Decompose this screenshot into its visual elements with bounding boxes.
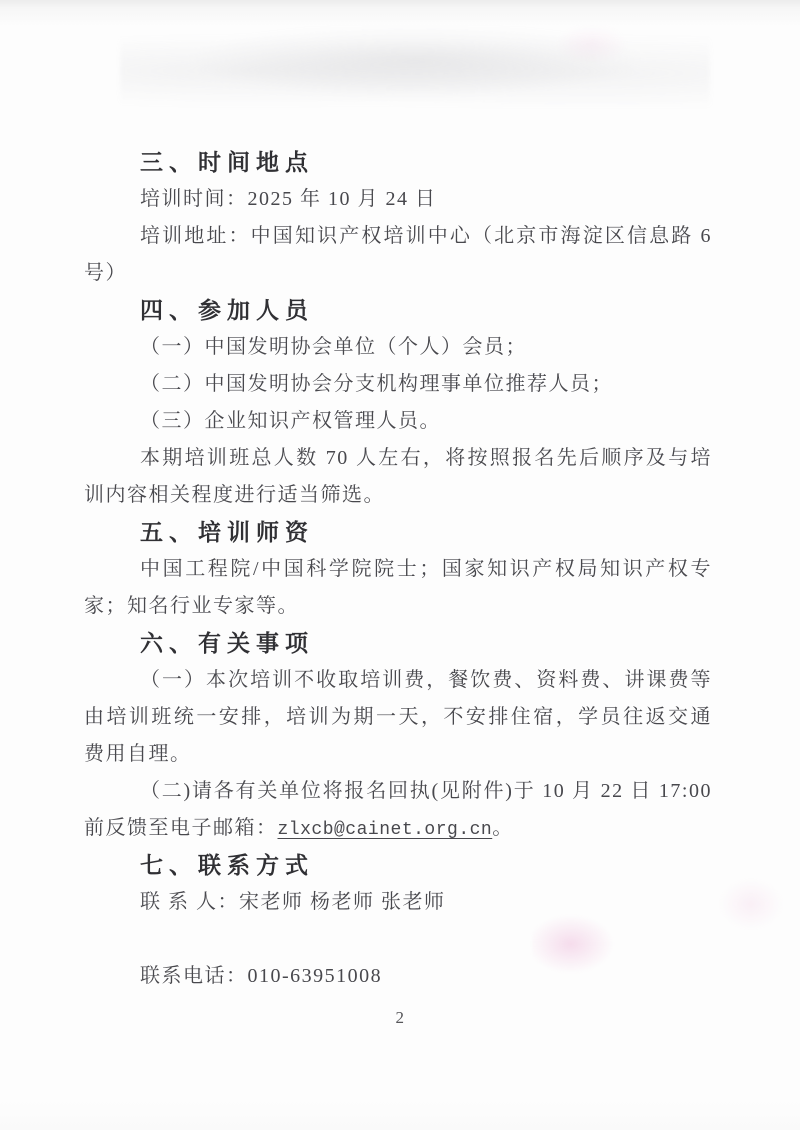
email-prefix: 前反馈至电子邮箱： (84, 817, 278, 839)
notes-item-1-line-3: 费用自理。 (84, 736, 712, 773)
faculty-line-2: 家；知名行业专家等。 (84, 588, 712, 625)
participant-item-2: （二）中国发明协会分支机构理事单位推荐人员； (84, 366, 712, 403)
participant-item-3: （三）企业知识产权管理人员。 (84, 403, 712, 440)
section-heading-time-location: 三、时间地点 (84, 144, 712, 181)
contact-person-line: 联 系 人：宋老师 杨老师 张老师 (84, 884, 712, 921)
scan-smudge-right (716, 876, 786, 932)
blank-spacer-line (84, 921, 712, 958)
section-heading-contact: 七、联系方式 (84, 847, 712, 884)
capacity-line-2: 训内容相关程度进行适当筛选。 (84, 477, 712, 514)
scanned-document-page: 三、时间地点 培训时间：2025 年 10 月 24 日 培训地址：中国知识产权… (0, 0, 800, 1130)
scan-smudge-top (552, 22, 632, 66)
document-body: 三、时间地点 培训时间：2025 年 10 月 24 日 培训地址：中国知识产权… (84, 144, 712, 995)
training-address-line: 培训地址：中国知识产权培训中心（北京市海淀区信息路 6 (84, 218, 712, 255)
page-number: 2 (0, 1008, 800, 1028)
notes-item-1-line-1: （一）本次培训不收取培训费，餐饮费、资料费、讲课费等 (84, 662, 712, 699)
email-address: zlxcb@cainet.org.cn (278, 820, 493, 840)
section-heading-notes: 六、有关事项 (84, 625, 712, 662)
contact-phone-line: 联系电话：010-63951008 (84, 958, 712, 995)
capacity-line-1: 本期培训班总人数 70 人左右，将按照报名先后顺序及与培 (84, 440, 712, 477)
training-address-wrap-line: 号） (84, 255, 712, 292)
section-heading-participants: 四、参加人员 (84, 292, 712, 329)
email-line: 前反馈至电子邮箱：zlxcb@cainet.org.cn。 (84, 810, 712, 847)
notes-item-1-line-2: 由培训班统一安排，培训为期一天，不安排住宿，学员往返交通 (84, 699, 712, 736)
section-heading-faculty: 五、培训师资 (84, 514, 712, 551)
scan-bleedthrough-artifact (120, 28, 710, 106)
faculty-line-1: 中国工程院/中国科学院院士；国家知识产权局知识产权专 (84, 551, 712, 588)
training-time-line: 培训时间：2025 年 10 月 24 日 (84, 181, 712, 218)
notes-item-2-line: （二)请各有关单位将报名回执(见附件)于 10 月 22 日 17:00 (84, 773, 712, 810)
email-suffix: 。 (492, 817, 514, 839)
participant-item-1: （一）中国发明协会单位（个人）会员； (84, 329, 712, 366)
